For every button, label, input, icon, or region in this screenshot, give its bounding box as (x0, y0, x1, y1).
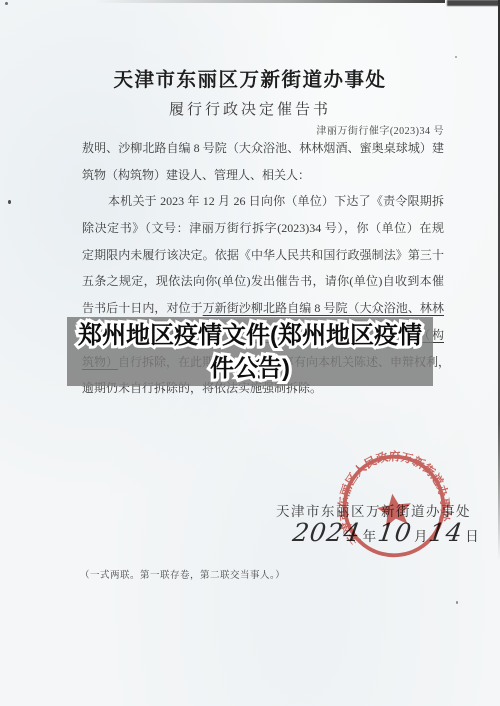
issuer-title: 天津市东丽区万新街道办事处 (62, 64, 438, 92)
body-line: 除决定书》（文号：津丽万街行拆字(2023)34 号），你（单位）在规 (82, 215, 444, 242)
body-line: 本机关于 2023 年 12 月 26 日向你（单位）下达了《责令限期拆 (82, 188, 444, 215)
watermark-line-2: 件公告) 件公告) (67, 352, 433, 385)
scanned-document-photo: 天津市东丽区万新街道办事处 履行行政决定催告书 津丽万街行催字(2023)34 … (0, 0, 500, 706)
salutation-line: 筑物（构筑物）建设人、管理人、相关人： (82, 162, 444, 189)
date-day-label: 日 (465, 525, 479, 545)
ink-speck (456, 601, 458, 604)
paper-top-right-edge-shadow (447, 0, 500, 6)
salutation-line: 敖明、沙柳北路自编 8 号院（大众浴池、林林烟酒、蜜奥桌球城）建 (82, 135, 444, 162)
watermark-line-1: 郑州地区疫情文件(郑州地区疫情文 郑州地区疫情文件(郑州地区疫情文 (67, 319, 433, 352)
official-red-seal: 天津市东丽区人民政府万新街道办事处 (331, 443, 457, 569)
body-line: 五条之规定，现依法向你(单位)发出催告书，请你(单位)自收到本催 (82, 268, 444, 295)
body-text: 告书后十日内，对位于 (82, 301, 203, 315)
underlined-address: 万新街沙柳北路自编 8 号院（大众浴池、林林 (203, 301, 444, 315)
ink-dot (8, 200, 11, 204)
copies-note: （一式两联。第一联存卷，第二联交当事人。） (80, 567, 285, 581)
watermark-text: 件公告) (210, 355, 290, 382)
seal-star-icon (375, 491, 413, 527)
paper-top-edge-shadow (95, 0, 445, 3)
ink-speck (455, 56, 457, 58)
document-type-title: 履行行政决定催告书 (62, 98, 438, 119)
body-line: 定期限内未履行该决定。依据《中华人民共和国行政强制法》第三十 (82, 242, 444, 269)
ink-speck (5, 2, 8, 5)
watermark-overlay: 郑州地区疫情文件(郑州地区疫情文 郑州地区疫情文件(郑州地区疫情文 件公告) 件… (67, 317, 433, 386)
